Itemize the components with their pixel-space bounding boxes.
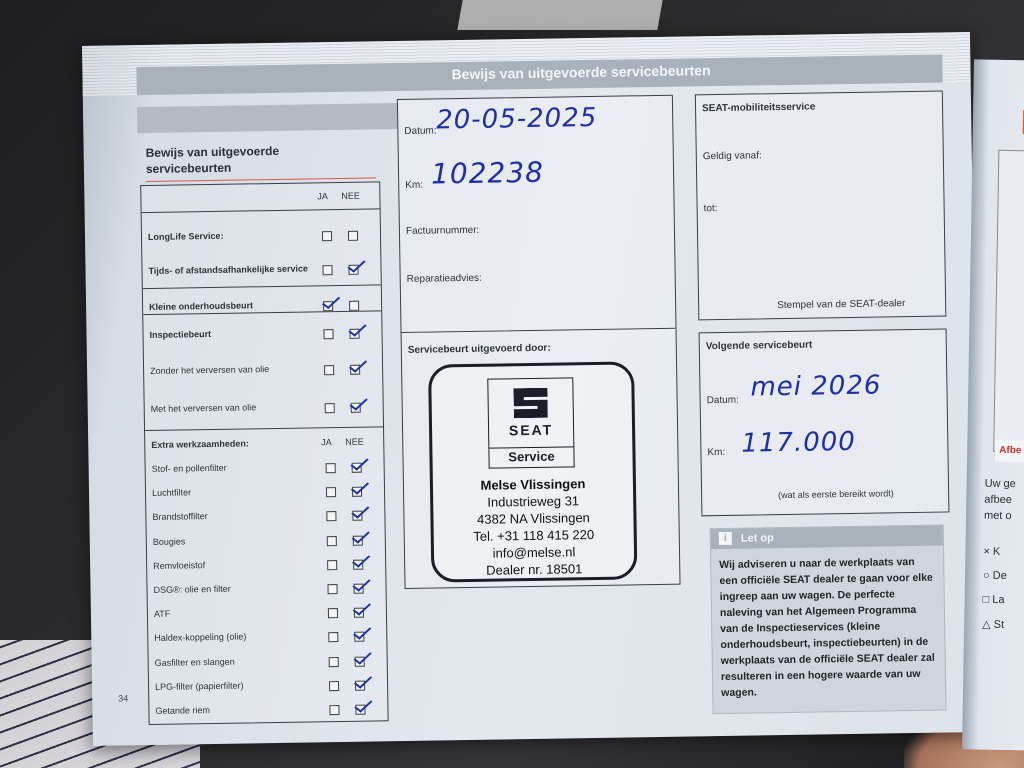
col-nee: NEE <box>341 191 360 201</box>
volgende-title: Volgende servicebeurt <box>706 340 813 353</box>
left-title: Bewijs van uitgevoerde servicebeurten <box>146 141 377 182</box>
v-datum-label: Datum: <box>707 395 739 407</box>
checklist-label: LongLife Service: <box>148 231 224 242</box>
next-page-caption: Afbe <box>995 440 1024 463</box>
extra-col-nee: NEE <box>345 437 364 447</box>
row-separator <box>145 426 383 431</box>
extra-col-ja: JA <box>321 437 332 447</box>
notice-title: Let op <box>741 532 774 545</box>
page-number: 34 <box>118 693 128 703</box>
checkbox-ja[interactable] <box>324 365 334 375</box>
checkbox-ja[interactable] <box>329 681 339 691</box>
row-separator <box>143 284 381 289</box>
checkbox-ja[interactable] <box>325 403 335 413</box>
checkbox-ja[interactable] <box>326 511 336 521</box>
v-datum-value[interactable]: mei 2026 <box>750 370 881 402</box>
checkbox-ja[interactable] <box>327 584 337 594</box>
checklist-label: Inspectiebeurt <box>149 329 211 340</box>
checkbox-ja[interactable] <box>326 463 336 473</box>
next-page-text: afbee <box>984 494 1012 506</box>
next-page-figure <box>993 150 1024 453</box>
info-icon: i <box>719 532 732 545</box>
next-page-text: Uw ge <box>985 478 1016 491</box>
checklist-label: ATF <box>154 609 170 619</box>
row-separator <box>142 208 380 213</box>
reparatie-label: Reparatieadvies: <box>407 273 482 285</box>
checkbox-ja[interactable] <box>326 487 336 497</box>
checkbox-ja[interactable] <box>327 560 337 570</box>
v-note: (wat als eerste bereikt wordt) <box>778 488 894 500</box>
checklist-label: Stof- en pollenfilter <box>152 463 227 474</box>
next-page: Afbe Uw geafbeemet o× K○ De□ La△ St <box>962 59 1024 750</box>
factuur-label: Factuurnummer: <box>406 225 480 237</box>
checkbox-ja[interactable] <box>329 657 339 667</box>
checklist-label: Bougies <box>153 536 186 547</box>
v-km-label: Km: <box>707 447 725 458</box>
notice-header: i Let op <box>711 526 943 550</box>
notice-box: i Let op Wij adviseren u naar de werkpla… <box>710 525 947 715</box>
next-page-bullet: ○ De <box>983 570 1007 582</box>
seat-s-icon <box>513 388 547 419</box>
checklist-label: Tijds- of afstandsafhankelijke service <box>148 263 308 276</box>
stamp-service: Service <box>488 447 574 468</box>
datum-value[interactable]: 20-05-2025 <box>436 103 598 136</box>
checkmark-icon <box>354 673 372 689</box>
checklist-label: Luchtfilter <box>152 488 191 499</box>
checkbox-ja[interactable] <box>328 608 338 618</box>
checklist-label: Brandstoffilter <box>152 511 208 522</box>
next-page-text: met o <box>984 510 1012 522</box>
sub-bar <box>137 103 397 133</box>
next-page-bullet: □ La <box>982 594 1004 606</box>
checkbox-ja[interactable] <box>327 536 337 546</box>
next-service-box: Volgende servicebeurt Datum: mei 2026 Km… <box>699 328 950 516</box>
seat-logo: SEAT <box>487 377 574 448</box>
datum-label: Datum: <box>404 125 436 137</box>
checkmark-icon <box>352 552 370 568</box>
mobiliteit-title: SEAT-mobiliteitsservice <box>702 101 815 114</box>
checklist-label: LPG-filter (papierfilter) <box>155 680 244 691</box>
checkmark-icon <box>353 648 371 664</box>
left-title-line2: servicebeurten <box>146 157 376 177</box>
checklist-label: Remvloeistof <box>153 560 205 571</box>
checkbox-ja[interactable] <box>322 265 332 275</box>
checklist-label: DSG®: olie en filter <box>153 584 230 595</box>
col-ja: JA <box>317 191 328 201</box>
km-label: Km: <box>405 180 423 191</box>
checklist-label: Kleine onderhoudsbeurt <box>149 300 253 312</box>
checklist-label: Zonder het verversen van olie <box>150 364 269 376</box>
seat-wordmark: SEAT <box>509 422 554 439</box>
stempel-label: Stempel van de SEAT-dealer <box>777 298 905 311</box>
checkbox-ja[interactable] <box>328 632 338 642</box>
service-record-box: Datum: 20-05-2025 Km: 102238 Factuurnumm… <box>397 95 677 333</box>
checklist-label: Gasfilter en slangen <box>155 656 235 667</box>
dealer-code: Dealer nr. 18501 <box>434 559 634 579</box>
service-checklist: JA NEE Extra werkzaamheden: JA NEE LongL… <box>140 181 388 725</box>
checkbox-ja[interactable] <box>323 329 333 339</box>
background-paper <box>457 0 662 30</box>
checklist-label: Haldex-koppeling (olie) <box>154 632 246 643</box>
service-booklet-page: Bewijs van uitgevoerde servicebeurten Be… <box>82 32 981 746</box>
notice-body: Wij adviseren u naar de werkplaats van e… <box>719 554 937 701</box>
checkbox-nee[interactable] <box>348 231 358 241</box>
mobility-service-box: SEAT-mobiliteitsservice Geldig vanaf: to… <box>695 90 947 320</box>
tot-label: tot: <box>704 203 718 214</box>
checklist-label: Met het verversen van olie <box>151 402 257 414</box>
checkbox-nee[interactable] <box>349 301 359 311</box>
next-page-bullet: △ St <box>982 618 1004 631</box>
uitgevoerd-label: Servicebeurt uitgevoerd door: <box>408 343 551 356</box>
extra-header: Extra werkzaamheden: <box>151 438 249 450</box>
stamp-address: Melse Vlissingen Industrieweg 31 4382 NA… <box>433 474 635 579</box>
checklist-label: Getande riem <box>155 705 210 716</box>
geldig-label: Geldig vanaf: <box>703 150 762 162</box>
checkbox-ja[interactable] <box>322 231 332 241</box>
v-km-value[interactable]: 117.000 <box>741 427 856 459</box>
checkbox-ja[interactable] <box>329 705 339 715</box>
km-value[interactable]: 102238 <box>431 156 544 191</box>
header-title: Bewijs van uitgevoerde servicebeurten <box>451 62 710 82</box>
performed-by-box: Servicebeurt uitgevoerd door: SEAT Servi… <box>401 329 681 589</box>
checkmark-icon <box>352 527 370 543</box>
next-page-bullet: × K <box>983 546 1000 558</box>
dealer-stamp: SEAT Service Melse Vlissingen Industriew… <box>428 361 637 582</box>
